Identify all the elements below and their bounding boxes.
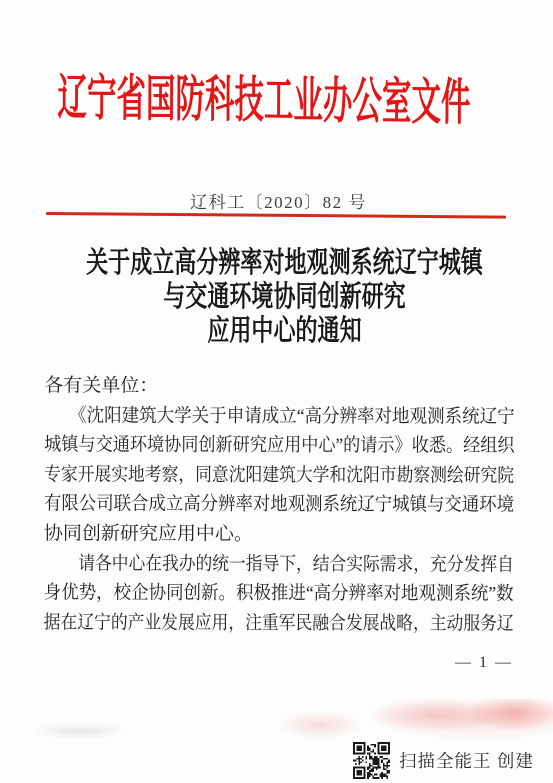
document-body: 各有关单位： 《沈阳建筑大学关于申请成立“高分辨率对地观测系统辽宁 城镇与交通环…	[44, 371, 515, 639]
scan-edge-artifact	[0, 699, 553, 742]
document-title-line-1: 关于成立高分辨率对地观测系统辽宁城镇	[74, 246, 494, 280]
body-line: 有限公司联合成立高分辨率对地观测系统辽宁城镇与交通环境	[44, 490, 475, 521]
page-number: — 1 —	[455, 654, 513, 672]
document-org-header: 辽宁省国防科技工业办公室文件	[0, 68, 540, 132]
body-line: 协同创新研究应用中心。	[44, 519, 514, 550]
document-title-line-3: 应用中心的通知	[74, 314, 494, 348]
document-title: 关于成立高分辨率对地观测系统辽宁城镇 与交通环境协同创新研究 应用中心的通知	[8, 246, 553, 348]
document-title-line-2: 与交通环境协同创新研究	[74, 280, 494, 314]
qr-code-icon	[353, 742, 390, 779]
body-line: 专家开展实地考察，同意沈阳建筑大学和沈阳市勘察测绘研究院	[44, 460, 459, 491]
body-line: 《沈阳建筑大学关于申请成立“高分辨率对地观测系统辽宁	[44, 401, 477, 432]
document-number: 辽科工〔2020〕82 号	[2, 188, 553, 213]
body-line: 据在辽宁的产业发展应用，注重军民融合发展战略，主动服务辽	[44, 608, 459, 639]
document-org-header-text: 辽宁省国防科技工业办公室文件	[57, 66, 470, 135]
scanned-document-page: 辽宁省国防科技工业办公室文件 辽科工〔2020〕82 号 关于成立高分辨率对地观…	[0, 0, 553, 783]
watermark-text: 扫描全能王 创建	[399, 748, 534, 773]
body-line: 城镇与交通环境协同创新研究应用中心”的请示》收悉。经组织	[44, 431, 468, 462]
camscanner-watermark: 扫描全能王 创建	[353, 741, 534, 779]
body-line: 身优势，校企协同创新。积极推进“高分辨率对地观测系统”数	[44, 579, 476, 610]
salutation-line: 各有关单位：	[44, 371, 514, 402]
body-line: 请各中心在我办的统一指导下，结合实际需求，充分发挥自	[44, 549, 459, 580]
